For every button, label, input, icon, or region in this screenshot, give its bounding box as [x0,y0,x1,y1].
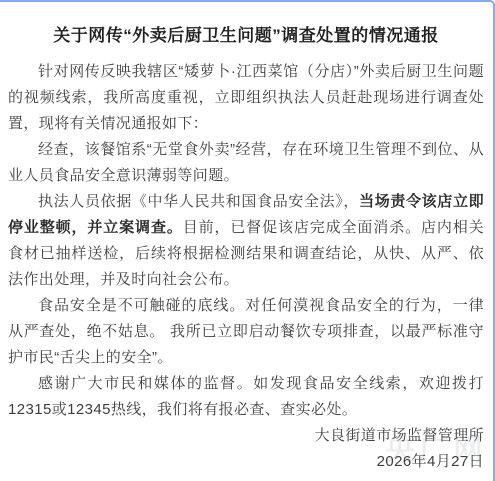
paragraph-3-pre: 执法人员依据《中华人民共和国食品安全法》， [38,193,359,210]
date-line: 2026年4月27日 [8,449,484,475]
notice-paragraph-5: 感谢广大市民和媒体的监督。如发现食品安全线索，欢迎拨打12315或12345热线… [8,371,484,423]
notice-paragraph-3: 执法人员依据《中华人民共和国食品安全法》，当场责令该店立即停业整顿，并立案调查。… [8,189,484,293]
notice-title: 关于网传“外卖后厨卫生问题”调查处置的情况通报 [8,26,484,46]
notice-body: 针对网传反映我辖区“矮萝卜·江西菜馆（分店）”外卖后厨卫生问题的视频线索，我所高… [8,59,484,423]
signature-line: 大良街道市场监督管理所 [8,423,484,449]
notice-paragraph-1: 针对网传反映我辖区“矮萝卜·江西菜馆（分店）”外卖后厨卫生问题的视频线索，我所高… [8,59,484,137]
notice-card: 央广网 关于网传“外卖后厨卫生问题”调查处置的情况通报 针对网传反映我辖区“矮萝… [0,0,495,481]
notice-paragraph-4: 食品安全是不可触碰的底线。对任何漠视食品安全的行为，一律从严查处，绝不姑息。 我… [8,293,484,371]
notice-paragraph-2: 经查，该餐馆系“无堂食外卖”经营，存在环境卫生管理不到位、从业人员食品安全意识薄… [8,137,484,189]
